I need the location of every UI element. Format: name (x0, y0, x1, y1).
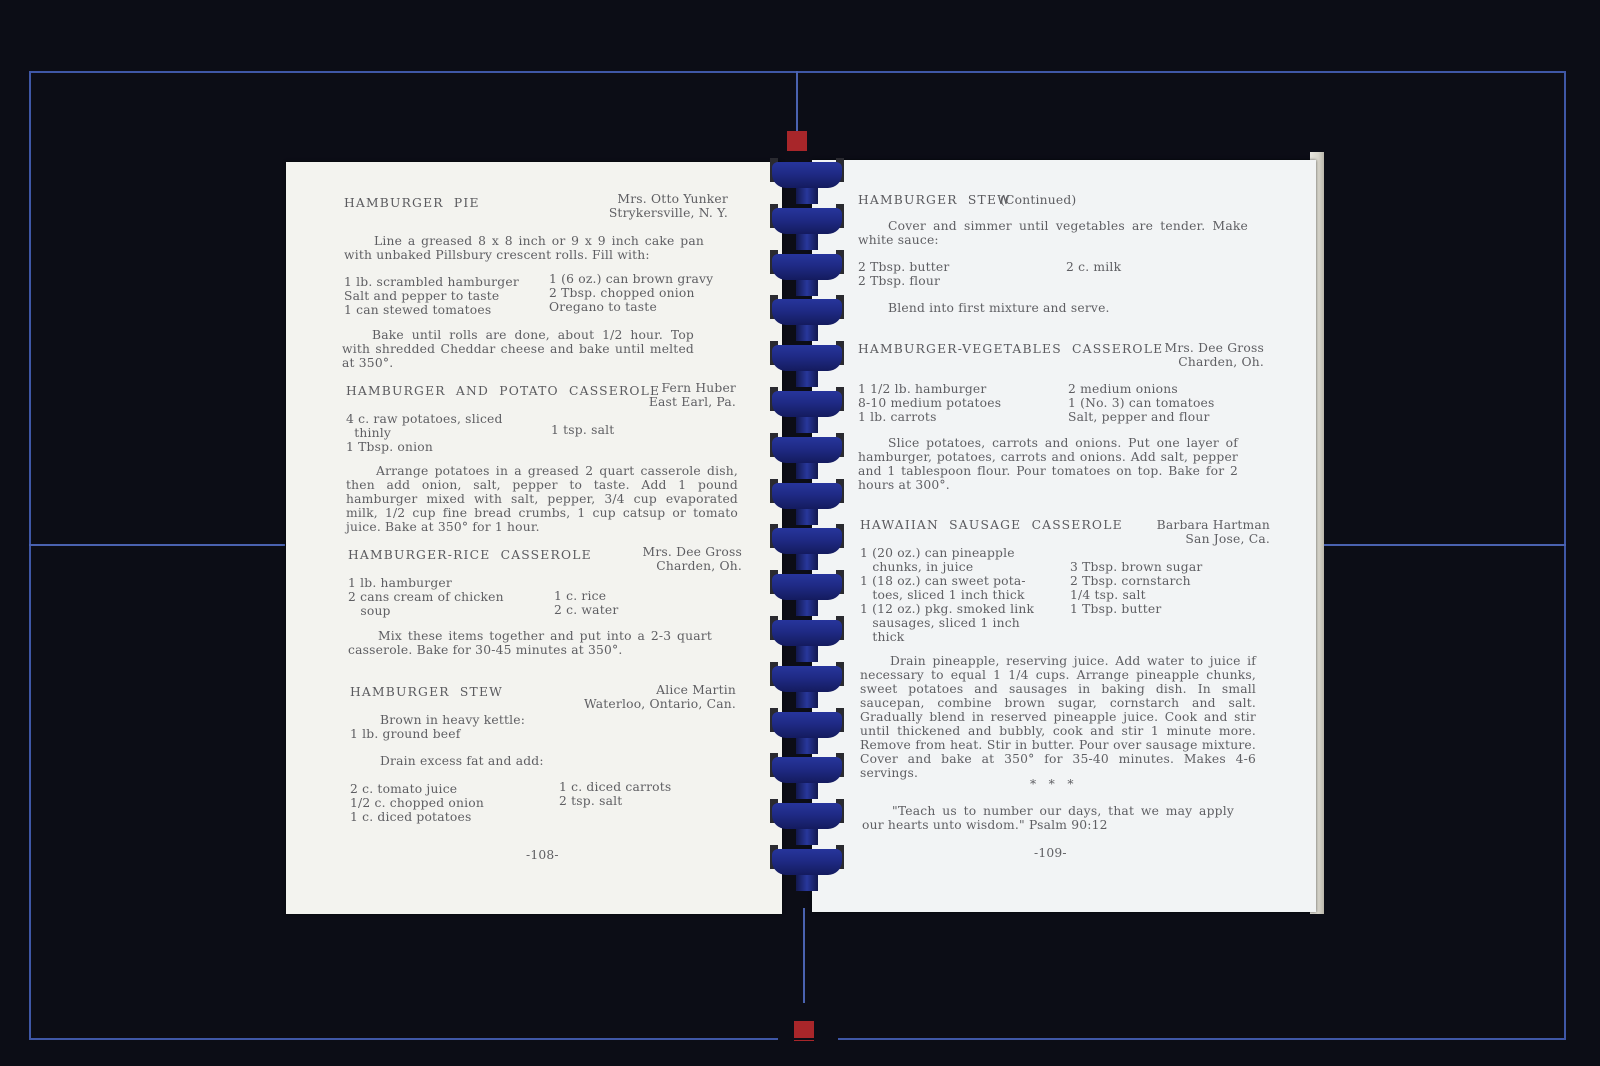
ingredient: 1 1/2 lb. hamburger (858, 382, 986, 396)
recipe-title: HAMBURGER PIE (344, 196, 480, 210)
ingredient: Salt and pepper to taste (344, 289, 499, 303)
recipe-title: HAWAIIAN SAUSAGE CASSEROLE (860, 518, 1123, 532)
binding-coil (772, 616, 842, 656)
recipe-intro: Cover and simmer until vegetables are te… (858, 219, 1248, 247)
ingredient: thick (860, 630, 904, 644)
ingredient: 1 (12 oz.) pkg. smoked link (860, 602, 1034, 616)
ingredient: 2 medium onions (1068, 382, 1178, 396)
recipe-title: HAMBURGER STEW (858, 193, 1011, 207)
ingredient: thinly (346, 426, 391, 440)
ingredient: chunks, in juice (860, 560, 973, 574)
recipe-author: Alice Martin (656, 683, 736, 697)
binding-coil (772, 204, 842, 244)
recipe-location: East Earl, Pa. (649, 395, 736, 409)
ingredient: 2 Tbsp. flour (858, 274, 940, 288)
left-page: HAMBURGER PIE Mrs. Otto Yunker Strykersv… (286, 162, 782, 914)
ingredient: 1 c. diced carrots (559, 780, 671, 794)
ingredient: 1/2 c. chopped onion (350, 796, 484, 810)
ingredient: 1 can stewed tomatoes (344, 303, 491, 317)
ingredient: Salt, pepper and flour (1068, 410, 1210, 424)
ingredient: 2 Tbsp. chopped onion (549, 286, 695, 300)
recipe-directions: Slice potatoes, carrots and onions. Put … (858, 436, 1238, 492)
ingredient: 8-10 medium potatoes (858, 396, 1001, 410)
recipe-directions: Bake until rolls are done, about 1/2 hou… (342, 328, 694, 370)
binding-coil (772, 158, 842, 198)
ingredient: 2 c. milk (1066, 260, 1121, 274)
ingredient: 2 c. water (554, 603, 618, 617)
binding-coil (772, 479, 842, 519)
ingredient: 3 Tbsp. brown sugar (1070, 560, 1202, 574)
recipe-location: Charden, Oh. (656, 559, 742, 573)
separator: * * * (1030, 777, 1074, 791)
ingredient: 1 lb. carrots (858, 410, 937, 424)
recipe-location: San Jose, Ca. (1185, 532, 1270, 546)
binding-coil (772, 662, 842, 702)
ingredient: 1 c. rice (554, 589, 606, 603)
ingredient: 1 lb. scrambled hamburger (344, 275, 519, 289)
page-number: -108- (526, 848, 559, 862)
ingredient: 1 Tbsp. onion (346, 440, 433, 454)
ingredient: 1 (No. 3) can tomatoes (1068, 396, 1215, 410)
binding-coil (772, 753, 842, 793)
ingredient: 2 c. tomato juice (350, 782, 457, 796)
binding-coil (772, 570, 842, 610)
recipe-author: Barbara Hartman (1157, 518, 1270, 532)
recipe-intro: Line a greased 8 x 8 inch or 9 x 9 inch … (344, 234, 704, 262)
ingredient: 2 Tbsp. cornstarch (1070, 574, 1191, 588)
binding-coil (772, 387, 842, 427)
ingredient: 1 tsp. salt (551, 423, 614, 437)
continued-note: (Continued) (1000, 193, 1076, 207)
ingredient: 1 lb. hamburger (348, 576, 452, 590)
ingredient: 1 (6 oz.) can brown gravy (549, 272, 713, 286)
binding-coil (772, 433, 842, 473)
ingredient: 2 cans cream of chicken (348, 590, 504, 604)
ingredient: 1 (20 oz.) can pineapple (860, 546, 1015, 560)
recipe-title: HAMBURGER-RICE CASSEROLE (348, 548, 592, 562)
recipe-author: Mrs. Dee Gross (1165, 341, 1264, 355)
crosshair-horizontal-right (1322, 544, 1566, 546)
crosshair-horizontal-left (29, 544, 285, 546)
ingredient: 2 Tbsp. butter (858, 260, 949, 274)
recipe-author: Fern Huber (661, 381, 736, 395)
ingredient: 1 lb. ground beef (350, 727, 461, 741)
right-page: HAMBURGER STEW (Continued) Cover and sim… (812, 160, 1316, 912)
binding-coil (772, 250, 842, 290)
crosshair-vertical-bottom (803, 908, 805, 1003)
binding-coil (772, 708, 842, 748)
recipe-location: Charden, Oh. (1178, 355, 1264, 369)
ingredient: 1 Tbsp. butter (1070, 602, 1161, 616)
recipe-location: Strykersville, N. Y. (609, 206, 728, 220)
recipe-step: Brown in heavy kettle: (380, 713, 525, 727)
binding-coil (772, 524, 842, 564)
recipe-author: Mrs. Dee Gross (643, 545, 742, 559)
ingredient: 1 (18 oz.) can sweet pota- (860, 574, 1026, 588)
binding-coil (772, 341, 842, 381)
ingredient: 2 tsp. salt (559, 794, 622, 808)
ingredient: toes, sliced 1 inch thick (860, 588, 1025, 602)
recipe-step: Drain excess fat and add: (380, 754, 544, 768)
registration-marker-top (787, 131, 807, 151)
recipe-title: HAMBURGER STEW (350, 685, 503, 699)
recipe-directions: Arrange potatoes in a greased 2 quart ca… (346, 464, 738, 534)
page-number: -109- (1034, 846, 1067, 860)
binding-coil (772, 845, 842, 885)
recipe-title: HAMBURGER-VEGETABLES CASSEROLE (858, 342, 1163, 356)
binding-coil (772, 799, 842, 839)
ingredient: Oregano to taste (549, 300, 657, 314)
ingredient: sausages, sliced 1 inch (860, 616, 1020, 630)
ingredient: 1/4 tsp. salt (1070, 588, 1146, 602)
ingredient: 4 c. raw potatoes, sliced (346, 412, 503, 426)
recipe-author: Mrs. Otto Yunker (617, 192, 728, 206)
recipe-directions: Drain pineapple, reserving juice. Add wa… (860, 654, 1256, 780)
ingredient: soup (348, 604, 391, 618)
recipe-directions: Blend into first mixture and serve. (888, 301, 1110, 315)
recipe-title: HAMBURGER AND POTATO CASSEROLE (346, 384, 660, 398)
recipe-location: Waterloo, Ontario, Can. (584, 697, 736, 711)
binding-coil (772, 295, 842, 335)
ingredient: 1 c. diced potatoes (350, 810, 471, 824)
closing-quote: "Teach us to number our days, that we ma… (862, 804, 1234, 832)
recipe-directions: Mix these items together and put into a … (348, 629, 712, 657)
frame-bottom-gap-cover (778, 1038, 838, 1040)
